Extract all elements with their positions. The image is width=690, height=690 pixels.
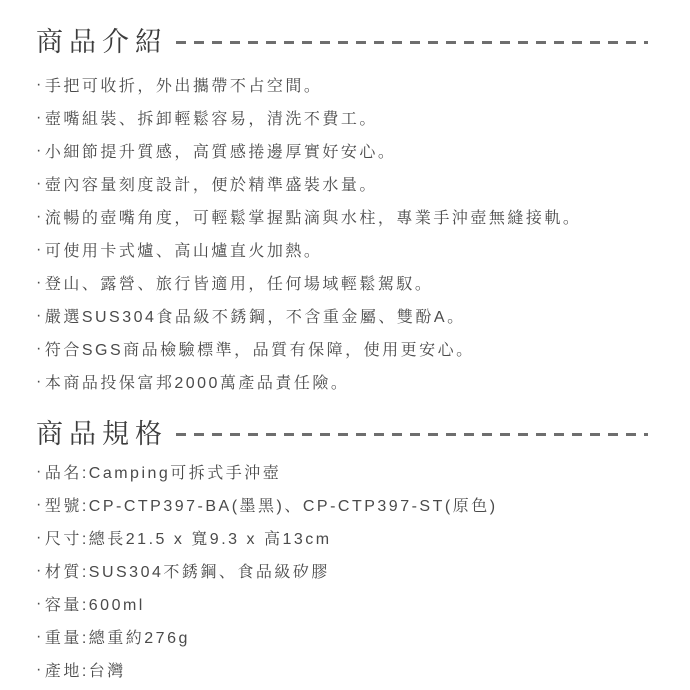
bullet-dot: · [36, 562, 44, 580]
list-item: · 登山、露營、旅行皆適用，任何場域輕鬆駕馭。 [36, 266, 648, 299]
section-title-spec: 商品規格 [36, 412, 168, 451]
dashed-divider [176, 41, 648, 44]
list-item: · 壺內容量刻度設計，便於精準盛裝水量。 [36, 167, 648, 200]
bullet-dot: · [36, 241, 44, 259]
list-item: · 可使用卡式爐、高山爐直火加熱。 [36, 233, 648, 266]
product-description-page: 商品介紹 · 手把可收折，外出攜帶不占空間。 · 壺嘴組裝、拆卸輕鬆容易，清洗不… [0, 0, 690, 690]
bullet-dot: · [36, 208, 44, 226]
bullet-dot: · [36, 142, 44, 160]
list-item: · 符合SGS商品檢驗標準，品質有保障，使用更安心。 [36, 332, 648, 365]
list-item: · 嚴選SUS304食品級不銹鋼，不含重金屬、雙酚A。 [36, 299, 648, 332]
list-item-text: 容量:600ml [45, 592, 145, 615]
intro-list: · 手把可收折，外出攜帶不占空間。 · 壺嘴組裝、拆卸輕鬆容易，清洗不費工。 ·… [36, 68, 648, 398]
list-item: · 型號:CP-CTP397-BA(墨黑)、CP-CTP397-ST(原色) [36, 488, 648, 521]
list-item: · 流暢的壺嘴角度，可輕鬆掌握點滴與水柱，專業手沖壺無縫接軌。 [36, 200, 648, 233]
product-spec-section: 商品規格 · 品名:Camping可拆式手沖壺 · 型號:CP-CTP397-B… [36, 412, 648, 686]
bullet-dot: · [36, 274, 44, 292]
list-item-text: 登山、露營、旅行皆適用，任何場域輕鬆駕馭。 [45, 271, 434, 294]
list-item: · 尺寸:總長21.5 x 寬9.3 x 高13cm [36, 521, 648, 554]
list-item-text: 小細節提升質感，高質感捲邊厚實好安心。 [45, 139, 397, 162]
dashed-divider [176, 433, 648, 436]
bullet-dot: · [36, 175, 44, 193]
list-item-text: 型號:CP-CTP397-BA(墨黑)、CP-CTP397-ST(原色) [45, 493, 498, 516]
list-item: · 容量:600ml [36, 587, 648, 620]
list-item: · 重量:總重約276g [36, 620, 648, 653]
list-item: · 小細節提升質感，高質感捲邊厚實好安心。 [36, 134, 648, 167]
bullet-dot: · [36, 76, 44, 94]
list-item-text: 可使用卡式爐、高山爐直火加熱。 [45, 238, 323, 261]
list-item: · 壺嘴組裝、拆卸輕鬆容易，清洗不費工。 [36, 101, 648, 134]
list-item: · 品名:Camping可拆式手沖壺 [36, 455, 648, 488]
bullet-dot: · [36, 340, 44, 358]
bullet-dot: · [36, 661, 44, 679]
list-item-text: 產地:台灣 [45, 658, 126, 681]
list-item-text: 壺嘴組裝、拆卸輕鬆容易，清洗不費工。 [45, 106, 378, 129]
list-item-text: 壺內容量刻度設計，便於精準盛裝水量。 [45, 172, 378, 195]
list-item-text: 本商品投保富邦2000萬產品責任險。 [45, 370, 350, 393]
bullet-dot: · [36, 109, 44, 127]
list-item-text: 尺寸:總長21.5 x 寬9.3 x 高13cm [45, 526, 332, 549]
spec-list: · 品名:Camping可拆式手沖壺 · 型號:CP-CTP397-BA(墨黑)… [36, 455, 648, 686]
list-item: · 產地:台灣 [36, 653, 648, 686]
product-intro-section: 商品介紹 · 手把可收折，外出攜帶不占空間。 · 壺嘴組裝、拆卸輕鬆容易，清洗不… [36, 20, 648, 398]
section-header-intro: 商品介紹 [36, 20, 648, 58]
list-item: · 材質:SUS304不銹鋼、食品級矽膠 [36, 554, 648, 587]
list-item-text: 符合SGS商品檢驗標準，品質有保障，使用更安心。 [45, 337, 475, 360]
list-item-text: 嚴選SUS304食品級不銹鋼，不含重金屬、雙酚A。 [45, 304, 466, 327]
list-item-text: 材質:SUS304不銹鋼、食品級矽膠 [45, 559, 330, 582]
list-item: · 本商品投保富邦2000萬產品責任險。 [36, 365, 648, 398]
bullet-dot: · [36, 529, 44, 547]
list-item-text: 重量:總重約276g [45, 625, 190, 648]
bullet-dot: · [36, 307, 44, 325]
bullet-dot: · [36, 628, 44, 646]
list-item-text: 流暢的壺嘴角度，可輕鬆掌握點滴與水柱，專業手沖壺無縫接軌。 [45, 205, 582, 228]
section-title-intro: 商品介紹 [36, 20, 168, 59]
bullet-dot: · [36, 463, 44, 481]
list-item: · 手把可收折，外出攜帶不占空間。 [36, 68, 648, 101]
bullet-dot: · [36, 496, 44, 514]
bullet-dot: · [36, 595, 44, 613]
list-item-text: 手把可收折，外出攜帶不占空間。 [45, 73, 323, 96]
bullet-dot: · [36, 373, 44, 391]
section-header-spec: 商品規格 [36, 412, 648, 450]
list-item-text: 品名:Camping可拆式手沖壺 [45, 460, 281, 483]
